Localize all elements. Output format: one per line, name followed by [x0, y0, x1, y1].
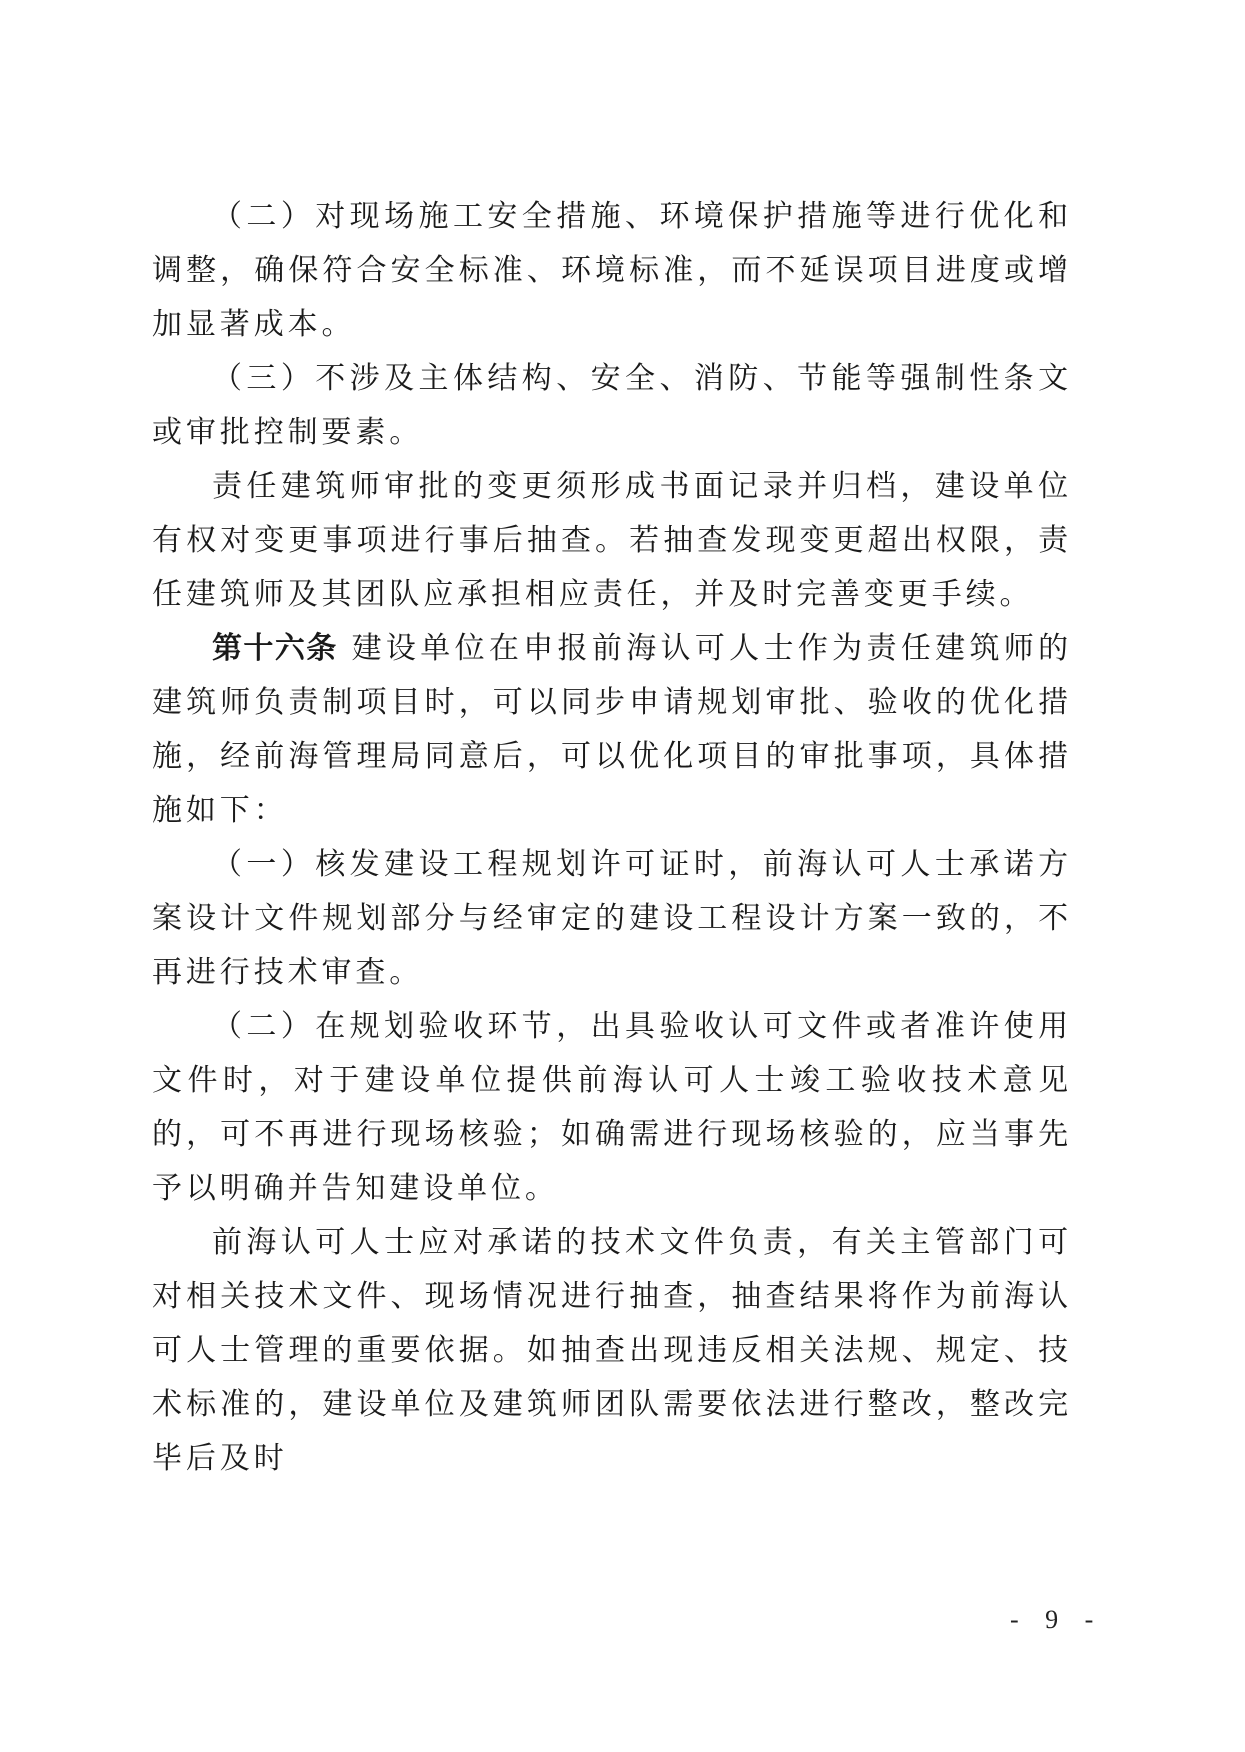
responsibility-paragraph: 责任建筑师审批的变更须形成书面记录并归档，建设单位有权对变更事项进行事后抽查。若…: [152, 460, 1072, 622]
article-heading: 第十六条: [212, 631, 338, 666]
paragraph-text: 前海认可人士应对承诺的技术文件负责，有关主管部门可对相关技术文件、现场情况进行抽…: [152, 1225, 1072, 1476]
paragraph-text: （三）不涉及主体结构、安全、消防、节能等强制性条文或审批控制要素。: [152, 361, 1072, 450]
paragraph-text: （二）对现场施工安全措施、环境保护措施等进行优化和调整，确保符合安全标准、环境标…: [152, 199, 1072, 342]
document-page-body: （二）对现场施工安全措施、环境保护措施等进行优化和调整，确保符合安全标准、环境标…: [152, 190, 1072, 1486]
clause-item-3-paragraph: （三）不涉及主体结构、安全、消防、节能等强制性条文或审批控制要素。: [152, 352, 1072, 460]
paragraph-text: （一）核发建设工程规划许可证时，前海认可人士承诺方案设计文件规划部分与经审定的建…: [152, 847, 1072, 990]
page-number: - 9 -: [1010, 1605, 1103, 1635]
paragraph-text: （二）在规划验收环节，出具验收认可文件或者准许使用文件时，对于建设单位提供前海认…: [152, 1009, 1072, 1206]
accountability-paragraph: 前海认可人士应对承诺的技术文件负责，有关主管部门可对相关技术文件、现场情况进行抽…: [152, 1216, 1072, 1486]
measure-item-2-paragraph: （二）在规划验收环节，出具验收认可文件或者准许使用文件时，对于建设单位提供前海认…: [152, 1000, 1072, 1216]
clause-item-2-paragraph: （二）对现场施工安全措施、环境保护措施等进行优化和调整，确保符合安全标准、环境标…: [152, 190, 1072, 352]
article-16-paragraph: 第十六条 建设单位在申报前海认可人士作为责任建筑师的建筑师负责制项目时，可以同步…: [152, 622, 1072, 838]
paragraph-text: 责任建筑师审批的变更须形成书面记录并归档，建设单位有权对变更事项进行事后抽查。若…: [152, 469, 1072, 612]
measure-item-1-paragraph: （一）核发建设工程规划许可证时，前海认可人士承诺方案设计文件规划部分与经审定的建…: [152, 838, 1072, 1000]
